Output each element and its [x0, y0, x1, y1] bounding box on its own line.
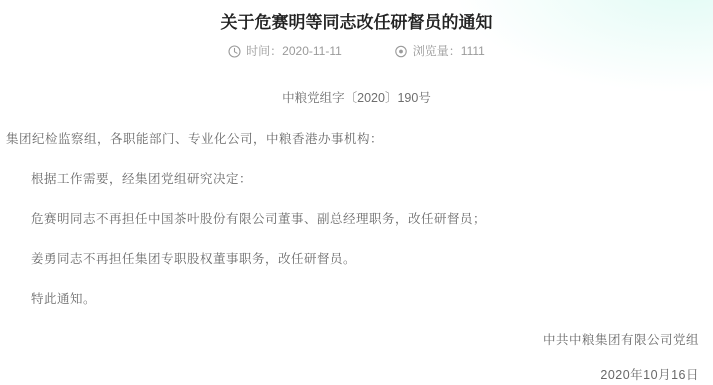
body-paragraph: 危赛明同志不再担任中国茶叶股份有限公司董事、副总经理职务，改任研督员； — [6, 213, 707, 226]
publish-time-label: 时间：2020-11-11 — [246, 45, 342, 58]
notice-body: 集团纪检监察组，各职能部门、专业化公司，中粮香港办事机构： 根据工作需要，经集团… — [6, 133, 707, 306]
eye-icon — [394, 45, 408, 58]
body-paragraph: 根据工作需要，经集团党组研究决定： — [6, 173, 707, 186]
view-count-label: 浏览量：1111 — [413, 45, 485, 58]
page-title: 关于危赛明等同志改任研督员的通知 — [6, 14, 707, 32]
view-count: 浏览量：1111 — [394, 45, 485, 58]
date-line: 2020年10月16日 — [6, 369, 707, 382]
meta-row: 时间：2020-11-11 浏览量：1111 — [6, 45, 707, 58]
document-number: 中粮党组字〔2020〕190号 — [6, 92, 707, 105]
clock-icon — [228, 45, 241, 58]
notice-document: 关于危赛明等同志改任研督员的通知 时间：2020-11-11 浏览量：1111 … — [0, 14, 713, 382]
body-paragraph: 特此通知。 — [6, 293, 707, 306]
salutation-line: 集团纪检监察组，各职能部门、专业化公司，中粮香港办事机构： — [6, 133, 707, 146]
body-paragraph: 姜勇同志不再担任集团专职股权董事职务，改任研督员。 — [6, 253, 707, 266]
publish-time: 时间：2020-11-11 — [228, 45, 342, 58]
signature-line: 中共中粮集团有限公司党组 — [6, 334, 707, 347]
